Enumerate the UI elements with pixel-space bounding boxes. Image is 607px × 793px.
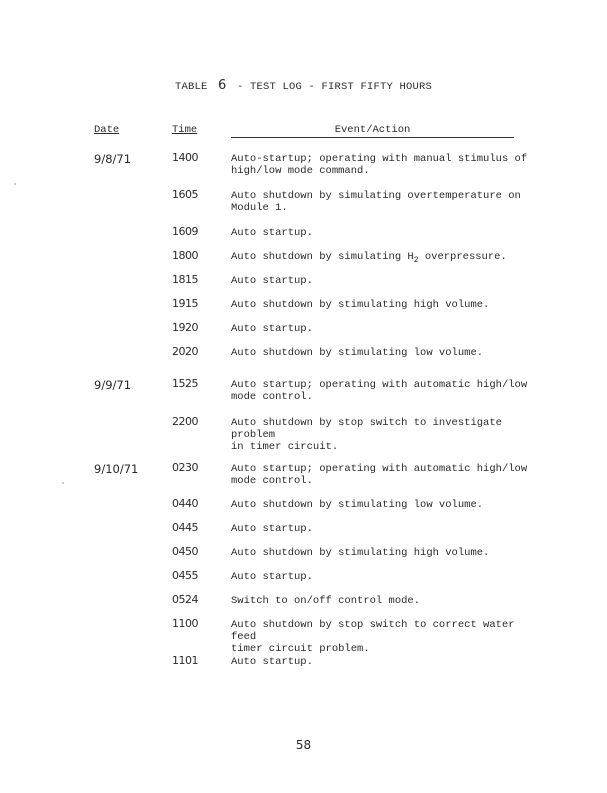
log-event: Auto shutdown by stop switch to investig… bbox=[231, 417, 541, 453]
page-number: 58 bbox=[0, 738, 607, 752]
log-event: Auto shutdown by stimulating high volume… bbox=[231, 299, 541, 311]
column-header-event: Event/Action bbox=[231, 124, 514, 138]
log-event: Auto shutdown by stimulating low volume. bbox=[231, 499, 541, 511]
log-event: Auto startup; operating with automatic h… bbox=[231, 379, 541, 403]
log-date: 9/9/71 bbox=[94, 379, 131, 391]
log-event: Auto shutdown by stimulating low volume. bbox=[231, 347, 541, 359]
log-time: 1800 bbox=[172, 250, 198, 262]
table-title: TABLE 6 - TEST LOG - FIRST FIFTY HOURS bbox=[0, 78, 607, 93]
log-event-text: overpressure. bbox=[419, 251, 507, 263]
log-event: Auto shutdown by simulating H2 overpress… bbox=[231, 251, 541, 267]
log-event: Auto startup. bbox=[231, 571, 541, 583]
log-time: 0230 bbox=[172, 462, 198, 474]
log-time: 1605 bbox=[172, 189, 198, 201]
log-event: Auto startup; operating with automatic h… bbox=[231, 463, 541, 487]
column-header-date: Date bbox=[94, 124, 119, 136]
table-title-prefix: TABLE bbox=[175, 81, 208, 93]
log-time: 1101 bbox=[172, 655, 198, 667]
log-event: Auto startup. bbox=[231, 656, 541, 668]
log-time: 1609 bbox=[172, 226, 198, 238]
scan-speck bbox=[62, 482, 64, 484]
log-event: Auto startup. bbox=[231, 227, 541, 239]
log-time: 1920 bbox=[172, 322, 198, 334]
log-event: Auto startup. bbox=[231, 323, 541, 335]
log-event: Auto shutdown by stop switch to correct … bbox=[231, 619, 541, 655]
log-time: 2200 bbox=[172, 416, 198, 428]
log-time: 1525 bbox=[172, 378, 198, 390]
log-event: Auto startup. bbox=[231, 275, 541, 287]
log-event-text: Auto shutdown by simulating H bbox=[231, 251, 414, 263]
log-time: 1915 bbox=[172, 298, 198, 310]
log-time: 0440 bbox=[172, 498, 198, 510]
table-number: 6 bbox=[218, 78, 226, 93]
log-time: 0445 bbox=[172, 522, 198, 534]
log-event: Switch to on/off control mode. bbox=[231, 595, 541, 607]
log-time: 0450 bbox=[172, 546, 198, 558]
column-header-time: Time bbox=[172, 124, 197, 136]
log-date: 9/8/71 bbox=[94, 153, 131, 165]
log-time: 0524 bbox=[172, 594, 198, 606]
log-time: 2020 bbox=[172, 346, 198, 358]
log-event: Auto shutdown by simulating overtemperat… bbox=[231, 190, 541, 214]
log-time: 1100 bbox=[172, 618, 198, 630]
log-event: Auto shutdown by stimulating high volume… bbox=[231, 547, 541, 559]
log-time: 1400 bbox=[172, 152, 198, 164]
scan-speck bbox=[14, 183, 16, 185]
log-time: 0455 bbox=[172, 570, 198, 582]
log-event: Auto-startup; operating with manual stim… bbox=[231, 153, 541, 177]
log-event: Auto startup. bbox=[231, 523, 541, 535]
table-title-suffix: - TEST LOG - FIRST FIFTY HOURS bbox=[237, 81, 432, 93]
log-date: 9/10/71 bbox=[94, 463, 138, 475]
log-time: 1815 bbox=[172, 274, 198, 286]
